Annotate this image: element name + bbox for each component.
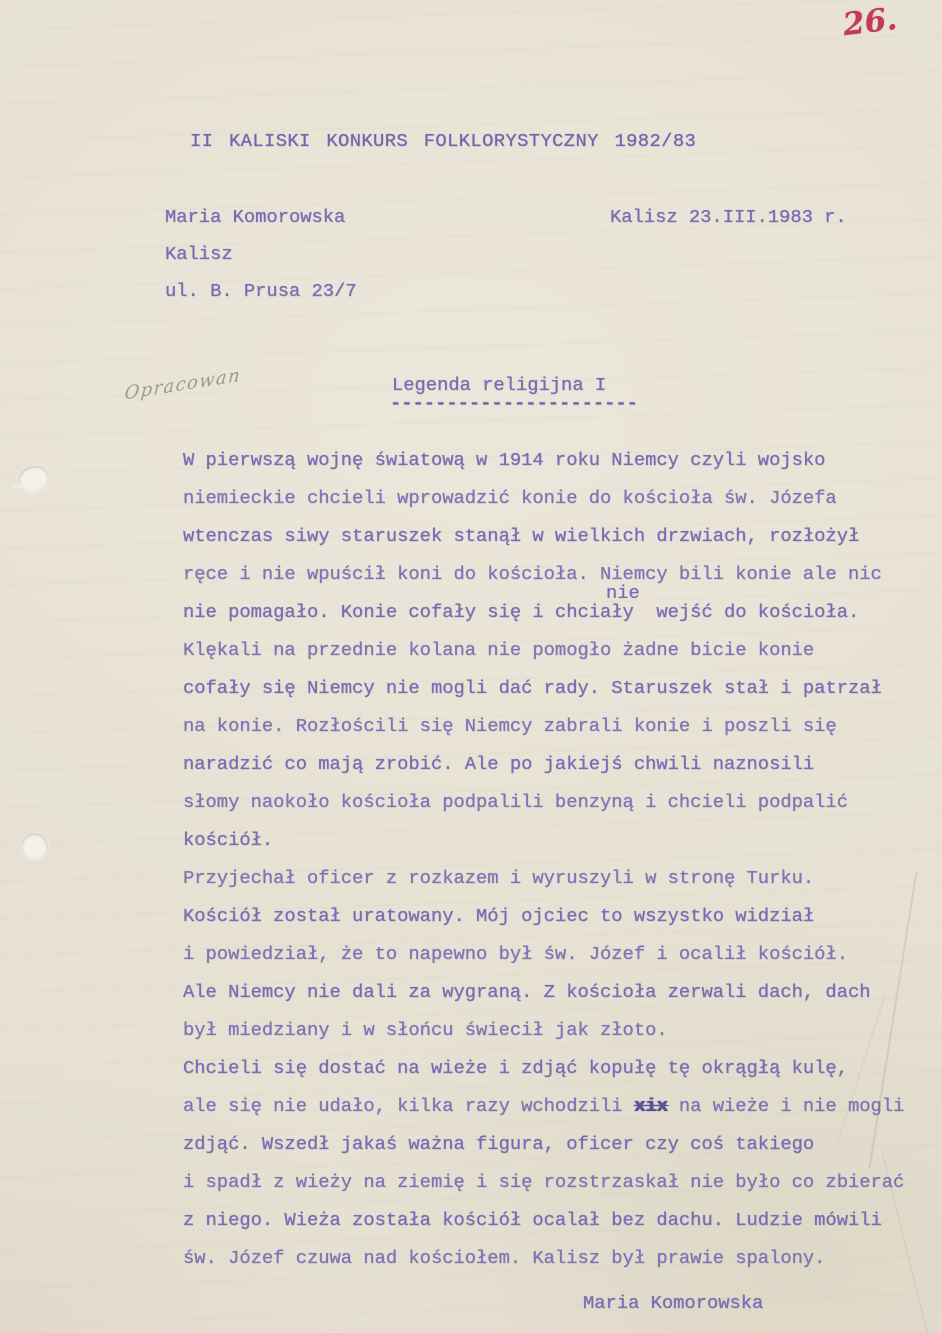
body-line: z niego. Wieża została kościół ocalał be… <box>183 1201 923 1239</box>
hole-punch-top <box>15 462 53 496</box>
body-line-text: wtenczas siwy staruszek stanął w wielkic… <box>183 525 859 547</box>
author-address: ul. B. Prusa 23/7 <box>165 272 357 310</box>
body-line: Przyjechał oficer z rozkazem i wyruszyli… <box>183 859 923 897</box>
body-line-text: Klękali na przednie kolana nie pomogło ż… <box>183 639 814 661</box>
body-line: naradzić co mają zrobić. Ale po jakiejś … <box>183 745 923 783</box>
body-line-text: i spadł z wieży na ziemię i się rozstrza… <box>183 1171 904 1193</box>
body-line: zdjąć. Wszedł jakaś ważna figura, oficer… <box>183 1125 923 1163</box>
body-line-text: Przyjechał oficer z rozkazem i wyruszyli… <box>183 867 814 889</box>
body-line-text: cofały się Niemcy nie mogli dać rady. St… <box>183 677 882 699</box>
body-line: i spadł z wieży na ziemię i się rozstrza… <box>183 1163 923 1201</box>
body-line-text: W pierwszą wojnę światową w 1914 roku Ni… <box>183 449 825 471</box>
body-line-text: nie pomagało. Konie cofały się i chciały… <box>183 601 859 623</box>
body-line: Klękali na przednie kolana nie pomogło ż… <box>183 631 923 669</box>
page-number-handwritten: 26. <box>841 1 899 43</box>
body-line: na konie. Rozłościli się Niemcy zabrali … <box>183 707 923 745</box>
body-line-text: ręce i nie wpuścił koni do kościoła. Nie… <box>183 563 882 585</box>
body-line: Chcieli się dostać na wieże i zdjąć kopu… <box>183 1049 923 1087</box>
body-line-text: Chcieli się dostać na wieże i zdjąć kopu… <box>183 1057 848 1079</box>
body-line-text: Ale Niemcy nie dali za wygraną. Z kościo… <box>183 981 871 1003</box>
body-line: W pierwszą wojnę światową w 1914 roku Ni… <box>183 441 923 479</box>
body-line-text: na konie. Rozłościli się Niemcy zabrali … <box>183 715 837 737</box>
body-line: wtenczas siwy staruszek stanął w wielkic… <box>183 517 923 555</box>
document-title: II KALISKI KONKURS FOLKLORYSTYCZNY 1982/… <box>190 122 696 160</box>
author-name: Maria Komorowska <box>165 198 345 236</box>
author-city: Kalisz <box>165 235 233 273</box>
body-line: i powiedział, że to napewno był św. Józe… <box>183 935 923 973</box>
body-line-text: z niego. Wieża została kościół ocalał be… <box>183 1209 882 1231</box>
body-line-text: był miedziany i w słońcu świecił jak zło… <box>183 1019 668 1041</box>
body-line: był miedziany i w słońcu świecił jak zło… <box>183 1011 923 1049</box>
body-line-text: niemieckie chcieli wprowadzić konie do k… <box>183 487 837 509</box>
document-page: 26. II KALISKI KONKURS FOLKLORYSTYCZNY 1… <box>0 0 942 1333</box>
body-line-text: na wieże i nie mogli <box>668 1095 905 1117</box>
handwritten-annotation: Opracowan <box>124 365 242 405</box>
body-line-text: i powiedział, że to napewno był św. Józe… <box>183 943 848 965</box>
body-line: ręce i nie wpuścił koni do kościoła. Nie… <box>183 555 923 593</box>
body-line: ale się nie udało, kilka razy wchodzili … <box>183 1087 923 1125</box>
body-line-text: Kościół został uratowany. Mój ojciec to … <box>183 905 814 927</box>
body-line: kościół. <box>183 821 923 859</box>
body-line-text: naradzić co mają zrobić. Ale po jakiejś … <box>183 753 814 775</box>
signature: Maria Komorowska <box>583 1284 763 1322</box>
interline-insertion: nie <box>606 583 640 603</box>
body-line: nie pomagało. Konie cofały się i chciały… <box>183 593 923 631</box>
body-line-text: zdjąć. Wszedł jakaś ważna figura, oficer… <box>183 1133 814 1155</box>
body-line-text: św. Józef czuwa nad kościołem. Kalisz by… <box>183 1247 825 1269</box>
section-title-underline: ---------------------- <box>390 384 638 422</box>
overtyped-word: xix <box>634 1095 668 1117</box>
body-line: słomy naokoło kościoła podpalili benzyną… <box>183 783 923 821</box>
body-line: niemieckie chcieli wprowadzić konie do k… <box>183 479 923 517</box>
hole-punch-bottom <box>21 833 48 860</box>
body-line-text: ale się nie udało, kilka razy wchodzili <box>183 1095 634 1117</box>
body-line: św. Józef czuwa nad kościołem. Kalisz by… <box>183 1239 923 1277</box>
body-line-text: kościół. <box>183 829 273 851</box>
body-line-text: słomy naokoło kościoła podpalili benzyną… <box>183 791 848 813</box>
body-line: Kościół został uratowany. Mój ojciec to … <box>183 897 923 935</box>
body-line: Ale Niemcy nie dali za wygraną. Z kościo… <box>183 973 923 1011</box>
body-line: cofały się Niemcy nie mogli dać rady. St… <box>183 669 923 707</box>
body-text: nie W pierwszą wojnę światową w 1914 rok… <box>183 441 923 1277</box>
dateline: Kalisz 23.III.1983 r. <box>610 198 847 236</box>
